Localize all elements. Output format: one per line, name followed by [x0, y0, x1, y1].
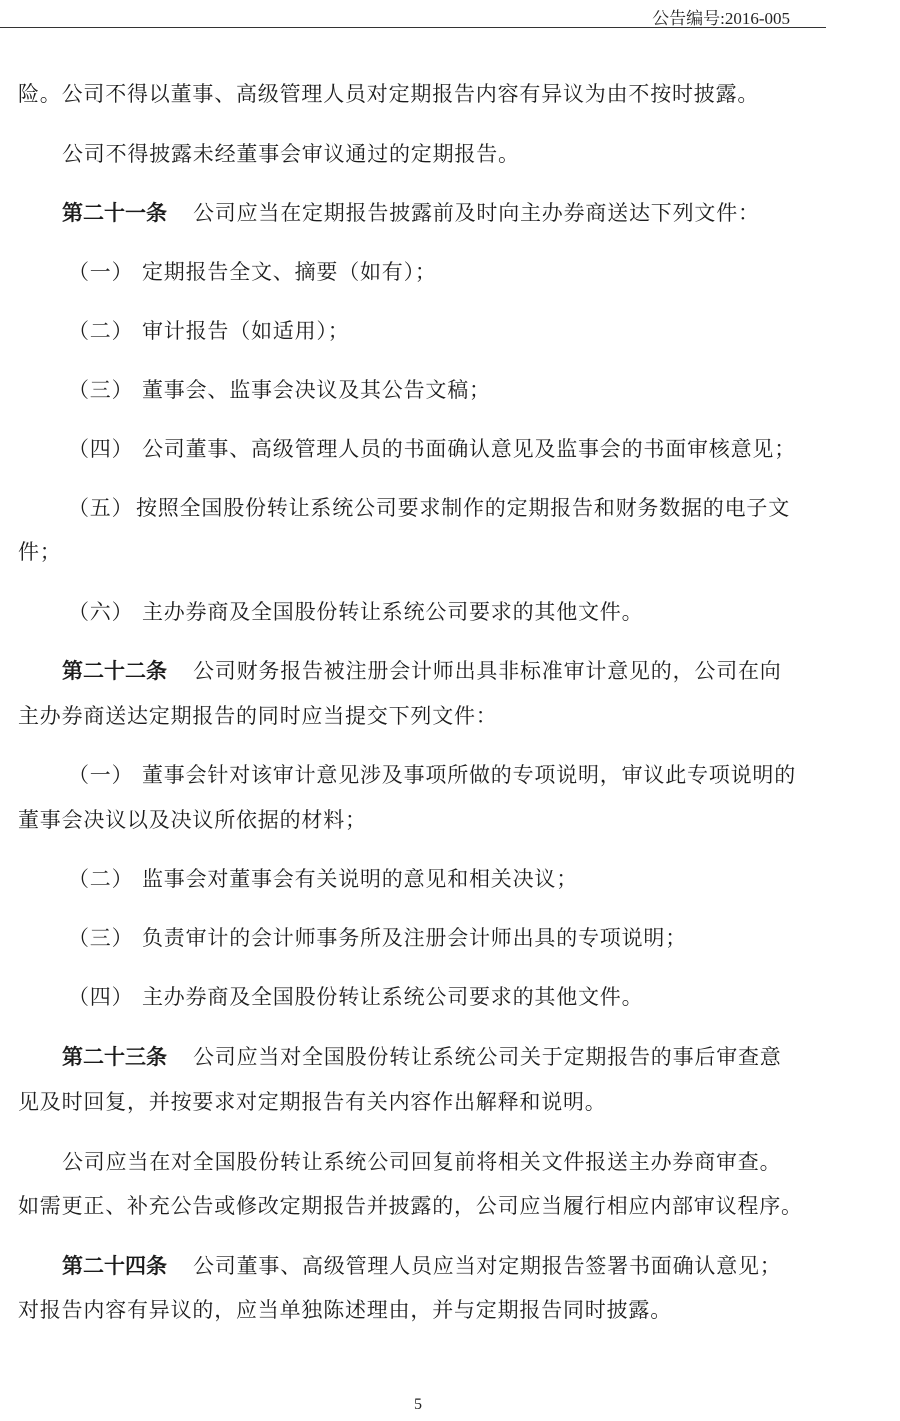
list-item-text: 负责审计的会计师事务所及注册会计师出具的专项说明；: [142, 926, 687, 950]
article-title: 第二十四条: [62, 1254, 167, 1278]
list-item: （四）主办券商及全国股份转让系统公司要求的其他文件。: [68, 983, 876, 1011]
paragraph-line: 主办券商送达定期报告的同时应当提交下列文件：: [18, 702, 826, 730]
list-marker: （四）: [68, 983, 142, 1011]
list-item: （六）主办券商及全国股份转让系统公司要求的其他文件。: [68, 598, 876, 626]
page-header: 公告编号:2016-005: [0, 0, 826, 28]
list-marker: （二）: [68, 865, 142, 893]
list-item-text: 按照全国股份转让系统公司要求制作的定期报告和财务数据的电子文: [136, 496, 790, 520]
list-item-text: 监事会对董事会有关说明的意见和相关决议；: [142, 867, 578, 891]
list-item-text: 主办券商及全国股份转让系统公司要求的其他文件。: [142, 600, 643, 624]
list-marker: （四）: [68, 435, 142, 463]
announcement-code: 公告编号:2016-005: [652, 4, 790, 29]
list-item-text: 主办券商及全国股份转让系统公司要求的其他文件。: [142, 985, 643, 1009]
article-title: 第二十二条: [62, 659, 167, 683]
list-item: （五）按照全国股份转让系统公司要求制作的定期报告和财务数据的电子文: [68, 494, 876, 522]
article-24: 第二十四条公司董事、高级管理人员应当对定期报告签署书面确认意见；: [62, 1252, 870, 1280]
list-marker: （二）: [68, 317, 142, 345]
list-item: （二）审计报告（如适用）；: [68, 317, 876, 345]
article-23: 第二十三条公司应当对全国股份转让系统公司关于定期报告的事后审查意: [62, 1043, 870, 1071]
list-item: （一）定期报告全文、摘要（如有）；: [68, 258, 876, 286]
page-number: 5: [0, 1396, 836, 1414]
list-item: （三）董事会、监事会决议及其公告文稿；: [68, 376, 876, 404]
article-text: 公司财务报告被注册会计师出具非标准审计意见的，公司在向: [193, 659, 782, 683]
list-marker: （三）: [68, 376, 142, 404]
article-text: 公司董事、高级管理人员应当对定期报告签署书面确认意见；: [193, 1254, 782, 1278]
list-item-text: 审计报告（如适用）；: [142, 319, 350, 343]
paragraph-line: 如需更正、补充公告或修改定期报告并披露的，公司应当履行相应内部审议程序。: [18, 1192, 826, 1220]
paragraph-line: 公司应当在对全国股份转让系统公司回复前将相关文件报送主办券商审查。: [62, 1148, 870, 1176]
list-item: （四）公司董事、高级管理人员的书面确认意见及监事会的书面审核意见；: [68, 435, 876, 463]
list-item: （二）监事会对董事会有关说明的意见和相关决议；: [68, 865, 876, 893]
list-marker: （一）: [68, 258, 142, 286]
list-item-text: 定期报告全文、摘要（如有）；: [142, 260, 437, 284]
article-text: 公司应当对全国股份转让系统公司关于定期报告的事后审查意: [193, 1045, 782, 1069]
list-item-text: 公司董事、高级管理人员的书面确认意见及监事会的书面审核意见；: [142, 437, 796, 461]
list-marker: （三）: [68, 924, 142, 952]
article-title: 第二十三条: [62, 1045, 167, 1069]
list-item-text: 董事会、监事会决议及其公告文稿；: [142, 378, 491, 402]
list-item: （一）董事会针对该审计意见涉及事项所做的专项说明，审议此专项说明的: [68, 761, 876, 789]
paragraph-line: 公司不得披露未经董事会审议通过的定期报告。: [62, 140, 870, 168]
list-item-text: 董事会针对该审计意见涉及事项所做的专项说明，审议此专项说明的: [142, 763, 796, 787]
list-item: （三）负责审计的会计师事务所及注册会计师出具的专项说明；: [68, 924, 876, 952]
article-text: 公司应当在定期报告披露前及时向主办券商送达下列文件：: [193, 201, 760, 225]
list-marker: （六）: [68, 598, 142, 626]
list-marker: （五）: [68, 494, 136, 522]
article-title: 第二十一条: [62, 201, 167, 225]
article-21: 第二十一条公司应当在定期报告披露前及时向主办券商送达下列文件：: [62, 199, 870, 227]
paragraph-line: 对报告内容有异议的，应当单独陈述理由，并与定期报告同时披露。: [18, 1296, 826, 1324]
list-marker: （一）: [68, 761, 142, 789]
article-22: 第二十二条公司财务报告被注册会计师出具非标准审计意见的，公司在向: [62, 657, 870, 685]
list-item-continuation: 董事会决议以及决议所依据的材料；: [18, 806, 826, 834]
paragraph-line: 险。公司不得以董事、高级管理人员对定期报告内容有异议为由不按时披露。: [18, 80, 826, 108]
paragraph-line: 见及时回复，并按要求对定期报告有关内容作出解释和说明。: [18, 1088, 826, 1116]
list-item-continuation: 件；: [18, 538, 826, 566]
